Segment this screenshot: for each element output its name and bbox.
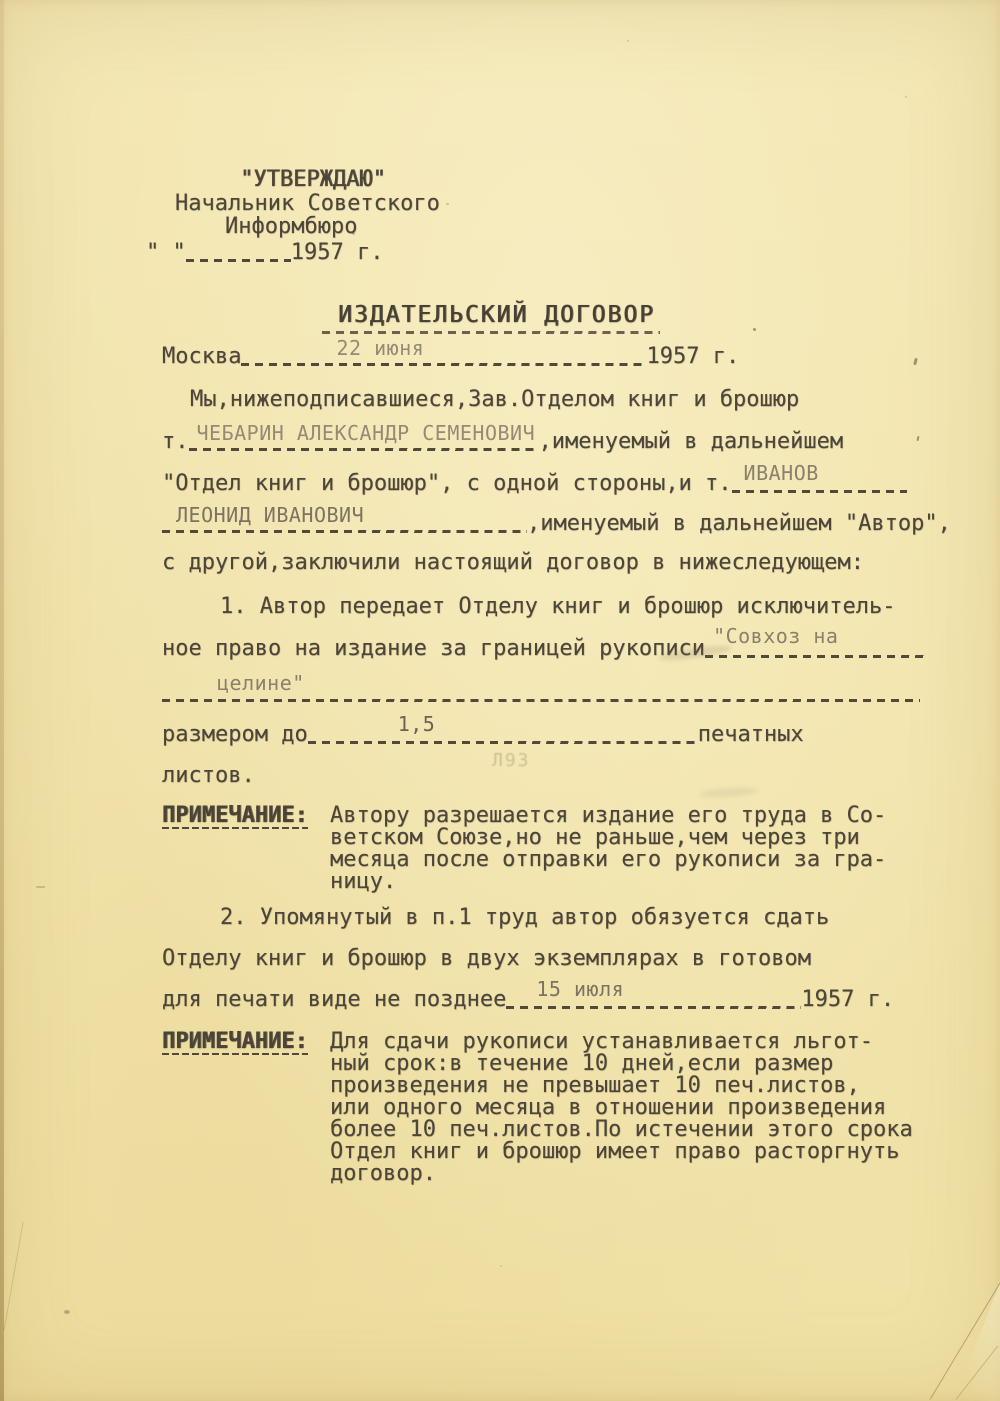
approval-date-year: 1957 г. [291, 240, 384, 265]
preamble-line3: "Отдел книг и брошюр", с одной стороны,и… [162, 472, 907, 496]
note2-label: ПРИМЕЧАНИЕ: [162, 1030, 308, 1055]
clause2-line2: Отделу книг и брошюр в двух экземплярах … [162, 947, 811, 971]
size-blank: 1,5 [308, 724, 698, 744]
place-date-year: 1957 г. [646, 344, 739, 369]
size-fill: 1,5 [398, 712, 436, 736]
date-blank: 22 июня [241, 346, 646, 366]
party1-prefix: т. [162, 429, 189, 454]
clause1-line3: целине" [162, 681, 920, 705]
note1-line: месяца после отправки его рукописи за гр… [330, 848, 886, 872]
line3-text: "Отдел книг и брошюр", с одной стороны,и… [162, 471, 732, 496]
approval-date-quotes: " " [146, 240, 186, 265]
size-prefix: размером до [162, 722, 308, 747]
approval-position-line2: Информбюро [225, 215, 357, 239]
line4-text: ,именуемый в дальнейшем "Автор", [527, 511, 951, 536]
paper-speck [913, 358, 918, 366]
pencil-smudge [700, 786, 758, 799]
party2-surname-fill: ИВАНОВ [744, 461, 819, 485]
manuscript-fill2: целине" [217, 671, 305, 695]
paper-speck [753, 328, 756, 331]
preamble-line2: т.ЧЕБАРИН АЛЕКСАНДР СЕМЕНОВИЧ,именуемый … [162, 430, 843, 454]
place-date-line: Москва22 июня1957 г. [162, 345, 739, 369]
paper-speck [627, 40, 629, 42]
paper-speck [446, 203, 449, 205]
paper-left-edge [0, 0, 4, 1401]
party1-suffix: ,именуемый в дальнейшем [539, 429, 844, 454]
city-label: Москва [162, 344, 241, 369]
scanned-contract-page: "УТВЕРЖДАЮ" Начальник Советского Информб… [0, 0, 1000, 1401]
clause2-line3: для печати виде не позднее15 июля1957 г. [162, 988, 894, 1012]
paper-speck [64, 1310, 70, 1314]
preamble-line1: Мы,нижеподписавшиеся,Зав.Отделом книг и … [190, 388, 799, 412]
manuscript-blank1: "Совхоз на [705, 638, 927, 658]
edge-crease-line [4, 1222, 24, 1331]
party1-blank: ЧЕБАРИН АЛЕКСАНДР СЕМЕНОВИЧ [189, 431, 539, 451]
party1-fill: ЧЕБАРИН АЛЕКСАНДР СЕМЕНОВИЧ [197, 421, 536, 445]
paper-speck [905, 96, 907, 98]
paper-speck [500, 1265, 502, 1267]
party2-name-fill: ЛЕОНИД ИВАНОВИЧ [176, 503, 364, 527]
title-underline [322, 331, 660, 334]
manuscript-fill1: "Совхоз на [713, 624, 838, 648]
document-title: ИЗДАТЕЛЬСКИЙ ДОГОВОР [338, 303, 655, 327]
deadline-fill: 15 июля [536, 977, 624, 1001]
note2-line: договор. [330, 1162, 436, 1186]
approval-position-line1: Начальник Советского [175, 192, 440, 216]
clause1-line2: ное право на издание за границей рукопис… [162, 637, 927, 661]
note1-label: ПРИМЕЧАНИЕ: [162, 804, 308, 829]
paper-speck [36, 886, 45, 888]
deadline-year: 1957 г. [801, 987, 894, 1012]
party2-surname-blank: ИВАНОВ [732, 473, 907, 493]
bleed-through-mark: Л93 [492, 750, 531, 771]
deadline-blank: 15 июля [506, 989, 801, 1009]
clause2-line1: 2. Упомянутый в п.1 труд автор обязуется… [220, 906, 829, 930]
manuscript-blank2: целине" [162, 682, 920, 702]
party2-name-blank: ЛЕОНИД ИВАНОВИЧ [162, 513, 527, 533]
paper-speck [352, 232, 355, 235]
clause1-size-line: размером до1,5печатных [162, 723, 804, 747]
approval-stamp: "УТВЕРЖДАЮ" [240, 168, 386, 192]
paper-speck [917, 436, 920, 441]
preamble-line5: с другой,заключили настоящий договор в н… [162, 551, 864, 575]
clause1-line2-text: ное право на издание за границей рукопис… [162, 636, 705, 661]
size-suffix: печатных [698, 722, 804, 747]
clause1-line1: 1. Автор передает Отделу книг и брошюр и… [220, 595, 896, 619]
deadline-prefix: для печати виде не позднее [162, 987, 506, 1012]
date-fill: 22 июня [336, 336, 424, 360]
note1-line: ницу. [330, 870, 396, 894]
preamble-line4: ЛЕОНИД ИВАНОВИЧ,именуемый в дальнейшем "… [162, 512, 951, 536]
approval-date-blank [186, 242, 291, 262]
clause1-size-tail: листов. [162, 764, 255, 788]
approval-date-line: " "1957 г. [146, 241, 383, 265]
